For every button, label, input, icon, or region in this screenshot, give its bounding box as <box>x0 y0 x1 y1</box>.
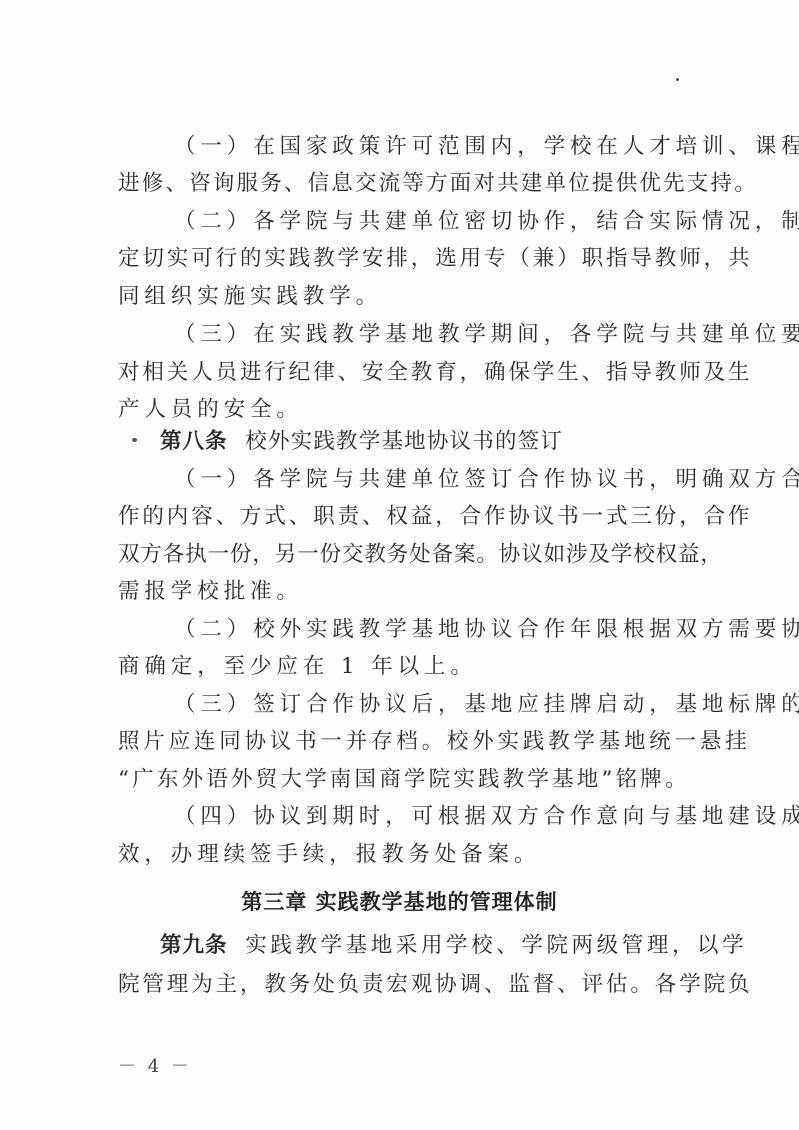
article-8-heading: 第八条 校外实践教学基地协议书的签订 <box>160 429 728 455</box>
paragraph-line: （一）在国家政策许可范围内，学校在人才培训、课程 <box>174 134 686 160</box>
paragraph-line: 产人员的安全。 <box>118 397 686 423</box>
paragraph-line: 院管理为主，教务处负责宏观协调、监督、评估。各学院负 <box>118 972 686 998</box>
paragraph-line: 同组织实施实践教学。 <box>118 284 686 310</box>
paragraph-line: “广东外语外贸大学南国商学院实践教学基地”铭牌。 <box>118 767 686 793</box>
paragraph-line: （一）各学院与共建单位签订合作协议书，明确双方合 <box>174 467 686 493</box>
article-8-label: 第八条 <box>160 429 228 454</box>
chapter-3-heading: 第三章 实践教学基地的管理体制 <box>0 889 799 915</box>
paragraph-line: （四）协议到期时，可根据双方合作意向与基地建设成 <box>174 804 686 830</box>
page-number: － 4 － <box>118 1052 192 1078</box>
paragraph-line: 作的内容、方式、职责、权益，合作协议书一式三份，合作 <box>118 504 686 530</box>
article-9-label: 第九条 <box>160 933 228 958</box>
paragraph-line: （二）各学院与共建单位密切协作，结合实际情况，制 <box>174 209 686 235</box>
paragraph-line: 双方各执一份，另一份交教务处备案。协议如涉及学校权益， <box>118 542 686 568</box>
paragraph-line: 照片应连同协议书一并存档。校外实践教学基地统一悬挂 <box>118 729 686 755</box>
article-9-text: 实践教学基地采用学校、学院两级管理，以学 <box>245 933 747 958</box>
paragraph-line: 需报学校批准。 <box>118 579 686 605</box>
paragraph-line: 对相关人员进行纪律、安全教育，确保学生、指导教师及生 <box>118 360 686 386</box>
paragraph-line: 进修、咨询服务、信息交流等方面对共建单位提供优先支持。 <box>118 171 686 197</box>
paragraph-line: 商确定，至少应在 1 年以上。 <box>118 654 686 680</box>
article-8-title: 校外实践教学基地协议书的签订 <box>245 429 563 454</box>
paragraph-line: （二）校外实践教学基地协议合作年限根据双方需要协 <box>174 617 686 643</box>
scan-speck <box>676 78 679 81</box>
paragraph-line: 定切实可行的实践教学安排，选用专（兼）职指导教师，共 <box>118 246 686 272</box>
paragraph-line: 效，办理续签手续，报教务处备案。 <box>118 842 686 868</box>
article-9-line: 第九条 实践教学基地采用学校、学院两级管理，以学 <box>160 933 728 959</box>
scan-speck <box>132 438 137 442</box>
paragraph-line: （三）在实践教学基地教学期间，各学院与共建单位要 <box>174 322 686 348</box>
paragraph-line: （三）签订合作协议后，基地应挂牌启动，基地标牌的 <box>174 692 686 718</box>
document-page: （一）在国家政策许可范围内，学校在人才培训、课程 进修、咨询服务、信息交流等方面… <box>0 0 799 1130</box>
